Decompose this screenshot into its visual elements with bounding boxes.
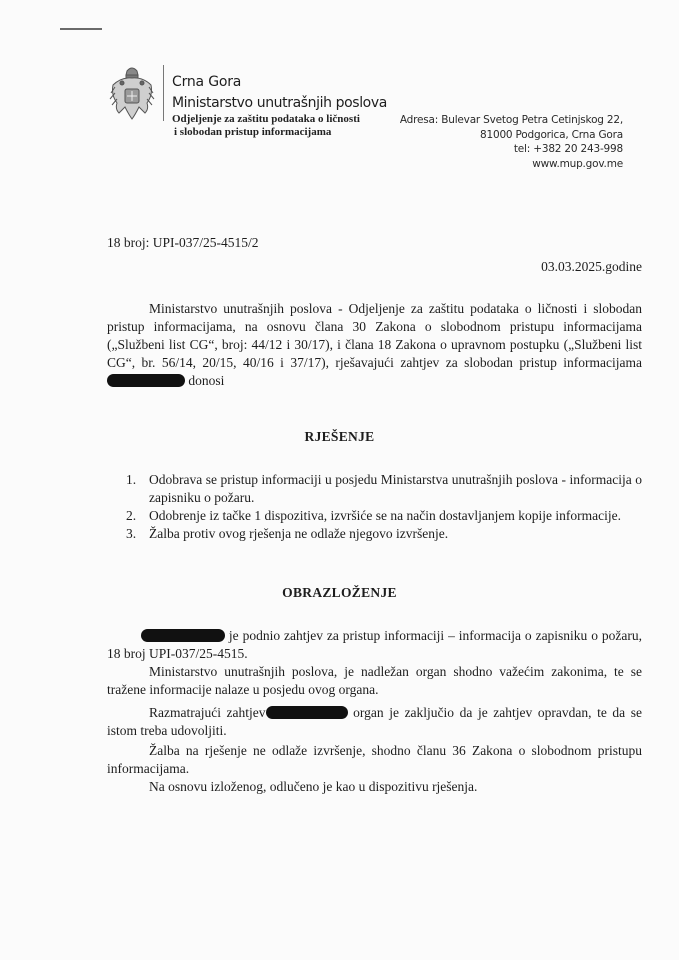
decision-item: 2.Odobrenje iz tačke 1 dispozitiva, izvr… [126, 507, 642, 525]
intro-text: Ministarstvo unutrašnjih poslova - Odjel… [107, 301, 642, 370]
paragraph-text: Na osnovu izloženog, odlučeno je kao u d… [149, 779, 477, 794]
paragraph-text: Ministarstvo unutrašnjih poslova, je nad… [107, 664, 642, 697]
intro-text-end: donosi [185, 373, 224, 388]
paragraph-text: Razmatrajući zahtjev [149, 705, 266, 720]
ministry-name: Ministarstvo unutrašnjih poslova [172, 95, 387, 111]
explanation-paragraph-5: Na osnovu izloženog, odlučeno je kao u d… [107, 778, 642, 796]
item-text: Odobrava se pristup informaciji u posjed… [149, 472, 642, 505]
letterhead-divider [163, 65, 164, 121]
redaction-mark [141, 629, 225, 642]
item-number: 2. [126, 507, 136, 525]
item-number: 3. [126, 525, 136, 543]
decision-item: 1.Odobrava se pristup informaciji u posj… [126, 471, 642, 507]
department-name: Odjeljenje za zaštitu podataka o ličnost… [172, 113, 360, 138]
address-line-2: 81000 Podgorica, Crna Gora [400, 128, 623, 143]
intro-paragraph: Ministarstvo unutrašnjih poslova - Odjel… [107, 300, 642, 390]
department-line-1: Odjeljenje za zaštitu podataka o ličnost… [172, 113, 360, 126]
explanation-paragraph-4: Žalba na rješenje ne odlaže izvršenje, s… [107, 742, 642, 778]
country-name: Crna Gora [172, 74, 241, 90]
item-text: Odobrenje iz tačke 1 dispozitiva, izvrši… [149, 508, 621, 523]
contact-block: Adresa: Bulevar Svetog Petra Cetinjskog … [400, 113, 623, 171]
decision-list: 1.Odobrava se pristup informaciji u posj… [126, 471, 642, 543]
decision-item: 3.Žalba protiv ovog rješenja ne odlaže n… [126, 525, 642, 543]
phone-number: tel: +382 20 243-998 [400, 142, 623, 157]
explanation-paragraph-3: Razmatrajući zahtjev organ je zaključio … [107, 704, 642, 740]
reference-number: 18 broj: UPI-037/25-4515/2 [107, 235, 259, 251]
explanation-heading: OBRAZLOŽENJE [0, 585, 679, 601]
address-line-1: Adresa: Bulevar Svetog Petra Cetinjskog … [400, 113, 623, 128]
department-line-2: i slobodan pristup informacijama [172, 126, 360, 139]
item-number: 1. [126, 471, 136, 489]
redaction-mark [266, 706, 348, 719]
redaction-mark [107, 374, 185, 387]
document-date: 03.03.2025.godine [541, 259, 642, 275]
item-text: Žalba protiv ovog rješenja ne odlaže nje… [149, 526, 448, 541]
explanation-paragraph-1: je podnio zahtjev za pristup informaciji… [107, 627, 642, 663]
paragraph-text: Žalba na rješenje ne odlaže izvršenje, s… [107, 743, 642, 776]
coat-of-arms-icon [107, 63, 157, 123]
website-link: www.mup.gov.me [400, 157, 623, 172]
explanation-paragraph-2: Ministarstvo unutrašnjih poslova, je nad… [107, 663, 642, 699]
decision-heading: RJEŠENJE [0, 429, 679, 445]
scan-artifact-mark [60, 28, 102, 30]
